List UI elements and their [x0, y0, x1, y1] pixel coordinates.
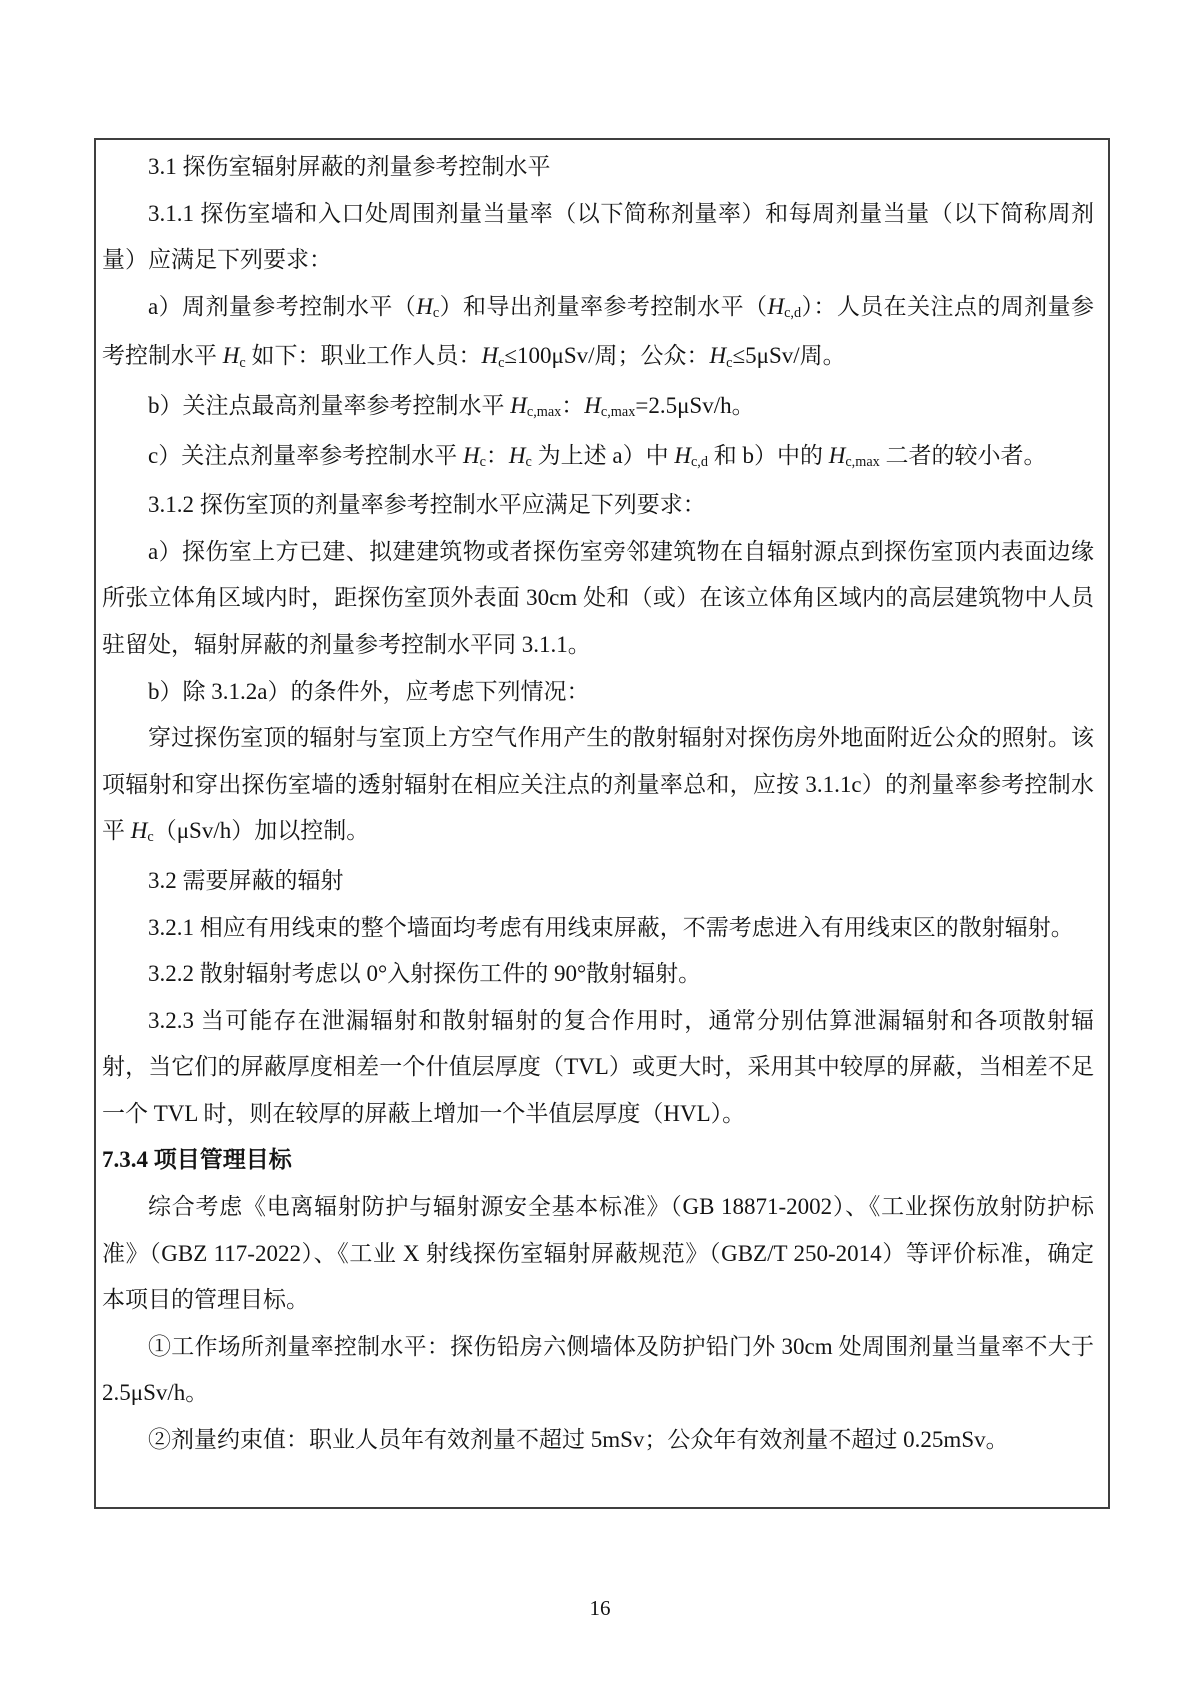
text-run: b）除 3.1.2a）的条件外，应考虑下列情况：	[148, 679, 589, 704]
symbol-italic: H	[131, 818, 148, 843]
text-run: 3.1.1 探伤室墙和入口处周围剂量当量率（以下简称剂量率）和每周剂量当量（以下…	[102, 201, 1094, 273]
para-3-1-1-c: c）关注点剂量率参考控制水平 Hc：Hc 为上述 a）中 Hc,d 和 b）中的…	[102, 433, 1094, 483]
text-run: a）探伤室上方已建、拟建建筑物或者探伤室旁邻建筑物在自辐射源点到探伤室顶内表面边…	[102, 539, 1094, 657]
heading-7-3-4: 7.3.4 项目管理目标	[102, 1137, 1094, 1184]
document-page: 3.1 探伤室辐射屏蔽的剂量参考控制水平3.1.1 探伤室墙和入口处周围剂量当量…	[0, 0, 1200, 1697]
heading-3-1: 3.1 探伤室辐射屏蔽的剂量参考控制水平	[102, 144, 1094, 191]
para-3-1-2-b: b）除 3.1.2a）的条件外，应考虑下列情况：	[102, 669, 1094, 716]
para-3-2-2: 3.2.2 散射辐射考虑以 0°入射探伤工件的 90°散射辐射。	[102, 951, 1094, 998]
page-number: 16	[0, 1596, 1200, 1621]
para-3-2-1: 3.2.1 相应有用线束的整个墙面均考虑有用线束屏蔽，不需考虑进入有用线束区的散…	[102, 905, 1094, 952]
symbol-italic: H	[416, 294, 433, 319]
para-3-1-2-a: a）探伤室上方已建、拟建建筑物或者探伤室旁邻建筑物在自辐射源点到探伤室顶内表面边…	[102, 529, 1094, 669]
text-run: 如下：职业工作人员：	[246, 343, 482, 368]
para-3-1-2: 3.1.2 探伤室顶的剂量率参考控制水平应满足下列要求：	[102, 482, 1094, 529]
symbol-subscript: c	[498, 355, 504, 371]
symbol-subscript: c	[726, 355, 732, 371]
para-3-1-1-a: a）周剂量参考控制水平（Hc）和导出剂量率参考控制水平（Hc,d）：人员在关注点…	[102, 284, 1094, 383]
symbol-italic: H	[481, 343, 498, 368]
text-run: 二者的较小者。	[880, 443, 1047, 468]
symbol-subscript: c,d	[784, 305, 801, 321]
para-goal-2: ②剂量约束值：职业人员年有效剂量不超过 5mSv；公众年有效剂量不超过 0.25…	[102, 1417, 1094, 1464]
text-run: =2.5μSv/h。	[635, 393, 754, 418]
symbol-subscript: c,d	[691, 454, 708, 470]
text-run: ：	[486, 443, 509, 468]
para-7-3-4-intro: 综合考虑《电离辐射防护与辐射源安全基本标准》（GB 18871-2002）、《工…	[102, 1184, 1094, 1324]
symbol-italic: H	[463, 443, 480, 468]
text-run: ≤5μSv/周。	[733, 343, 846, 368]
symbol-subscript: c	[239, 355, 245, 371]
text-run: 和 b）中的	[708, 443, 829, 468]
text-run: ）和导出剂量率参考控制水平（	[439, 294, 767, 319]
symbol-subscript: c	[433, 305, 439, 321]
para-3-2-3: 3.2.3 当可能存在泄漏辐射和散射辐射的复合作用时，通常分别估算泄漏辐射和各项…	[102, 998, 1094, 1138]
text-run: 3.1.2 探伤室顶的剂量率参考控制水平应满足下列要求：	[148, 492, 706, 517]
text-run: a）周剂量参考控制水平（	[148, 294, 416, 319]
text-run: ①工作场所剂量率控制水平：探伤铅房六侧墙体及防护铅门外 30cm 处周围剂量当量…	[102, 1334, 1094, 1406]
symbol-subscript: c,max	[527, 404, 561, 420]
symbol-italic: H	[510, 393, 527, 418]
text-run: ≤100μSv/周；公众：	[504, 343, 709, 368]
text-run: 综合考虑《电离辐射防护与辐射源安全基本标准》（GB 18871-2002）、《工…	[102, 1194, 1094, 1312]
symbol-italic: H	[767, 294, 784, 319]
text-run: 7.3.4 项目管理目标	[102, 1147, 292, 1172]
symbol-italic: H	[710, 343, 727, 368]
text-run: 3.2 需要屏蔽的辐射	[148, 868, 344, 893]
symbol-italic: H	[223, 343, 240, 368]
symbol-italic: H	[674, 443, 691, 468]
para-3-1-1-b: b）关注点最高剂量率参考控制水平 Hc,max：Hc,max=2.5μSv/h。	[102, 383, 1094, 433]
text-run: 为上述 a）中	[532, 443, 674, 468]
document-body: 3.1 探伤室辐射屏蔽的剂量参考控制水平3.1.1 探伤室墙和入口处周围剂量当量…	[102, 144, 1094, 1464]
heading-3-2: 3.2 需要屏蔽的辐射	[102, 858, 1094, 905]
document-body-border: 3.1 探伤室辐射屏蔽的剂量参考控制水平3.1.1 探伤室墙和入口处周围剂量当量…	[94, 138, 1110, 1509]
para-3-1-1: 3.1.1 探伤室墙和入口处周围剂量当量率（以下简称剂量率）和每周剂量当量（以下…	[102, 191, 1094, 284]
symbol-subscript: c,max	[601, 404, 635, 420]
text-run: 3.2.3 当可能存在泄漏辐射和散射辐射的复合作用时，通常分别估算泄漏辐射和各项…	[102, 1008, 1094, 1126]
text-run: 3.1 探伤室辐射屏蔽的剂量参考控制水平	[148, 154, 551, 179]
text-run: 3.2.2 散射辐射考虑以 0°入射探伤工件的 90°散射辐射。	[148, 961, 701, 986]
symbol-subscript: c	[480, 454, 486, 470]
text-run: ②剂量约束值：职业人员年有效剂量不超过 5mSv；公众年有效剂量不超过 0.25…	[148, 1427, 1009, 1452]
symbol-italic: H	[509, 443, 526, 468]
text-run: b）关注点最高剂量率参考控制水平	[148, 393, 510, 418]
symbol-subscript: c	[526, 454, 532, 470]
text-run: 3.2.1 相应有用线束的整个墙面均考虑有用线束屏蔽，不需考虑进入有用线束区的散…	[148, 915, 1074, 940]
text-run: （μSv/h）加以控制。	[154, 818, 370, 843]
symbol-italic: H	[829, 443, 846, 468]
para-3-1-2-b-detail: 穿过探伤室顶的辐射与室顶上方空气作用产生的散射辐射对探伤房外地面附近公众的照射。…	[102, 715, 1094, 858]
para-goal-1: ①工作场所剂量率控制水平：探伤铅房六侧墙体及防护铅门外 30cm 处周围剂量当量…	[102, 1324, 1094, 1417]
text-run: c）关注点剂量率参考控制水平	[148, 443, 463, 468]
text-run: ：	[561, 393, 584, 418]
symbol-subscript: c	[147, 829, 153, 845]
symbol-subscript: c,max	[845, 454, 879, 470]
symbol-italic: H	[584, 393, 601, 418]
